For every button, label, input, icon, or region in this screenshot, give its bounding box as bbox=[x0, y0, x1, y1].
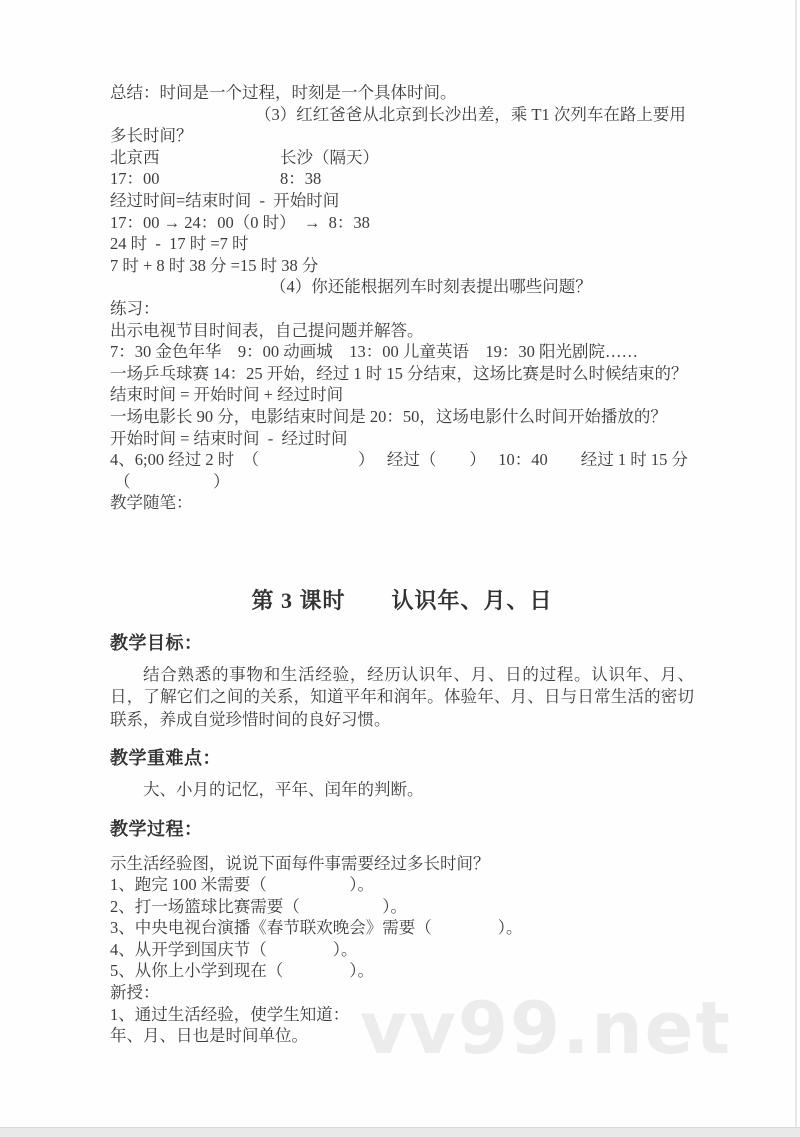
text-line: 结束时间 = 开始时间 + 经过时间 bbox=[110, 384, 694, 406]
page-bottom-edge bbox=[0, 1127, 800, 1137]
text-line: 出示电视节目时间表，自己提问题并解答。 bbox=[110, 320, 694, 342]
section-title-key-points: 教学重难点： bbox=[110, 746, 694, 771]
text-line: 2、打一场篮球比赛需要（ ）。 bbox=[110, 896, 694, 918]
text-line: 总结：时间是一个过程，时刻是一个具体时间。 bbox=[110, 82, 694, 104]
text-line: 1、通过生活经验，使学生知道： bbox=[110, 1004, 694, 1026]
text-line: 经过时间=结束时间 - 开始时间 bbox=[110, 190, 694, 212]
text-line: 1、跑完 100 米需要（ ）。 bbox=[110, 874, 694, 896]
lesson2-text-block: 总结：时间是一个过程，时刻是一个具体时间。（3）红红爸爸从北京到长沙出差，乘 T… bbox=[110, 82, 694, 514]
page-right-edge bbox=[795, 0, 797, 1128]
text-line: 一场乒乓球赛 14：25 开始，经过 1 时 15 分结束，这场比赛是时么时候结… bbox=[110, 363, 694, 385]
text-line: （ ） bbox=[110, 471, 694, 493]
column-right: 长沙（隔天） bbox=[280, 148, 379, 167]
text-line: 练习： bbox=[110, 298, 694, 320]
text-line: 年、月、日也是时间单位。 bbox=[110, 1025, 694, 1047]
text-line: 7：30 金色年华 9：00 动画城 13：00 儿童英语 19：30 阳光剧院… bbox=[110, 341, 694, 363]
text-line: 新授： bbox=[110, 982, 694, 1004]
document-content: 总结：时间是一个过程，时刻是一个具体时间。（3）红红爸爸从北京到长沙出差，乘 T… bbox=[110, 82, 694, 1047]
text-line: 教学随笔： bbox=[110, 492, 694, 514]
text-line: （3）红红爸爸从北京到长沙出差，乘 T1 次列车在路上要用 bbox=[110, 104, 694, 126]
text-line: 4、6;00 经过 2 时 （ ） 经过（ ） 10：40 经过 1 时 15 … bbox=[110, 449, 694, 471]
text-line: 北京西长沙（隔天） bbox=[110, 147, 694, 169]
section-title-process: 教学过程： bbox=[110, 817, 694, 842]
text-line: 3、中央电视台演播《春节联欢晚会》需要（ ）。 bbox=[110, 917, 694, 939]
column-right: 8：38 bbox=[280, 169, 321, 188]
text-line: 5、从你上小学到现在（ ）。 bbox=[110, 960, 694, 982]
text-line: 多长时间？ bbox=[110, 125, 694, 147]
key-points-paragraph: 大、小月的记忆，平年、闰年的判断。 bbox=[110, 779, 694, 801]
text-line: 开始时间 = 结束时间 - 经过时间 bbox=[110, 428, 694, 450]
text-line: 24 时 - 17 时 =7 时 bbox=[110, 233, 694, 255]
process-text-block: 示生活经验图，说说下面每件事需要经过多长时间？1、跑完 100 米需要（ ）。2… bbox=[110, 853, 694, 1047]
section-title-goals: 教学目标： bbox=[110, 631, 694, 656]
text-line: （4）你还能根据列车时刻表提出哪些问题？ bbox=[110, 276, 694, 298]
text-line: 一场电影长 90 分，电影结束时间是 20：50，这场电影什么时间开始播放的？ bbox=[110, 406, 694, 428]
document-page: vv99.net 总结：时间是一个过程，时刻是一个具体时间。（3）红红爸爸从北京… bbox=[0, 0, 800, 1137]
lesson-heading: 第 3 课时 认识年、月、日 bbox=[110, 586, 694, 616]
text-line: 示生活经验图，说说下面每件事需要经过多长时间？ bbox=[110, 853, 694, 875]
text-line: 17：008：38 bbox=[110, 168, 694, 190]
text-line: 17：00 → 24：00（0 时） → 8：38 bbox=[110, 212, 694, 234]
text-line: 4、从开学到国庆节（ ）。 bbox=[110, 939, 694, 961]
text-line: 7 时 + 8 时 38 分 =15 时 38 分 bbox=[110, 255, 694, 277]
column-left: 17：00 bbox=[110, 168, 280, 190]
goals-paragraph: 结合熟悉的事物和生活经验，经历认识年、月、日的过程。认识年、月、日，了解它们之间… bbox=[110, 664, 694, 731]
column-left: 北京西 bbox=[110, 147, 280, 169]
